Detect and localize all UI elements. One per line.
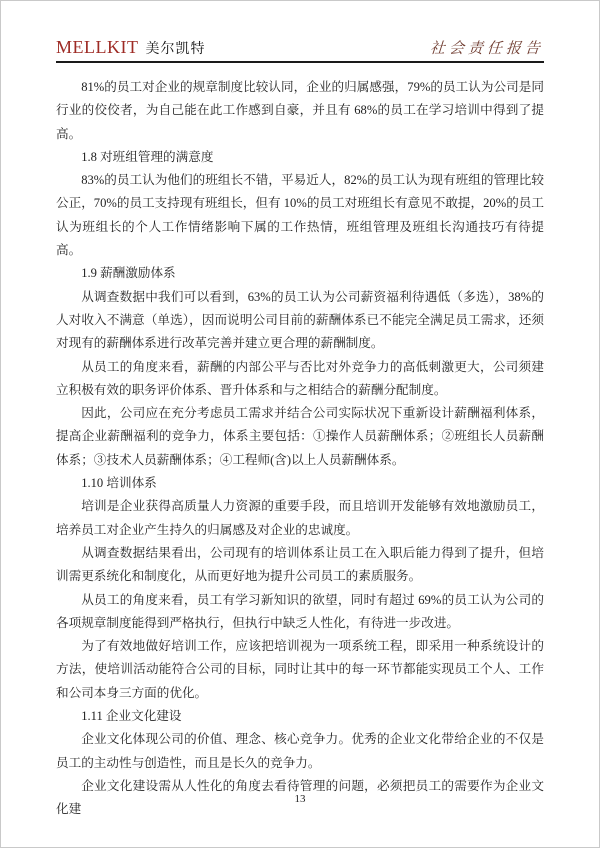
paragraph: 从调查数据中我们可以看到，63%的员工认为公司薪资福利待遇低（多选），38%的人… — [56, 286, 544, 356]
document-body: 81%的员工对企业的规章制度比较认同，企业的归属感强，79%的员工认为公司是同行… — [56, 76, 544, 822]
paragraph: 为了有效地做好培训工作，应该把培训视为一项系统工程，即采用一种系统设计的方法，使… — [56, 635, 544, 705]
page-number: 13 — [295, 793, 306, 805]
page-footer: 13 — [56, 793, 544, 805]
page-inner: MELLKIT 美尔凯特 社会责任报告 81%的员工对企业的规章制度比较认同，企… — [56, 37, 544, 847]
section-heading: 1.9 薪酬激励体系 — [56, 262, 544, 285]
logo-chinese-text: 美尔凯特 — [145, 38, 205, 58]
paragraph: 从调查数据结果看出，公司现有的培训体系让员工在入职后能力得到了提升，但培训需更系… — [56, 542, 544, 589]
report-page: MELLKIT 美尔凯特 社会责任报告 81%的员工对企业的规章制度比较认同，企… — [0, 0, 600, 848]
paragraph: 从员工的角度来看，员工有学习新知识的欲望，同时有超过 69%的员工认为公司的各项… — [56, 589, 544, 636]
paragraph: 因此，公司应在充分考虑员工需求并结合公司实际状况下重新设计薪酬福利体系，提高企业… — [56, 402, 544, 472]
company-logo: MELLKIT 美尔凯特 — [56, 37, 205, 58]
section-heading: 1.10 培训体系 — [56, 472, 544, 495]
paragraph: 企业文化体现公司的价值、理念、核心竞争力。优秀的企业文化带给企业的不仅是员工的主… — [56, 728, 544, 775]
logo-latin-text: MELLKIT — [56, 37, 138, 58]
paragraph: 从员工的角度来看，薪酬的内部公平与否比对外竞争力的高低刺激更大，公司须建立积极有… — [56, 356, 544, 403]
paragraph: 培训是企业获得高质量人力资源的重要手段，而且培训开发能够有效地激励员工，培养员工… — [56, 495, 544, 542]
paragraph: 81%的员工对企业的规章制度比较认同，企业的归属感强，79%的员工认为公司是同行… — [56, 76, 544, 146]
paragraph: 83%的员工认为他们的班组长不错，平易近人，82%的员工认为现有班组的管理比较公… — [56, 169, 544, 262]
section-heading: 1.8 对班组管理的满意度 — [56, 146, 544, 169]
section-heading: 1.11 企业文化建设 — [56, 705, 544, 728]
document-title: 社会责任报告 — [429, 37, 544, 58]
page-header: MELLKIT 美尔凯特 社会责任报告 — [56, 37, 544, 63]
